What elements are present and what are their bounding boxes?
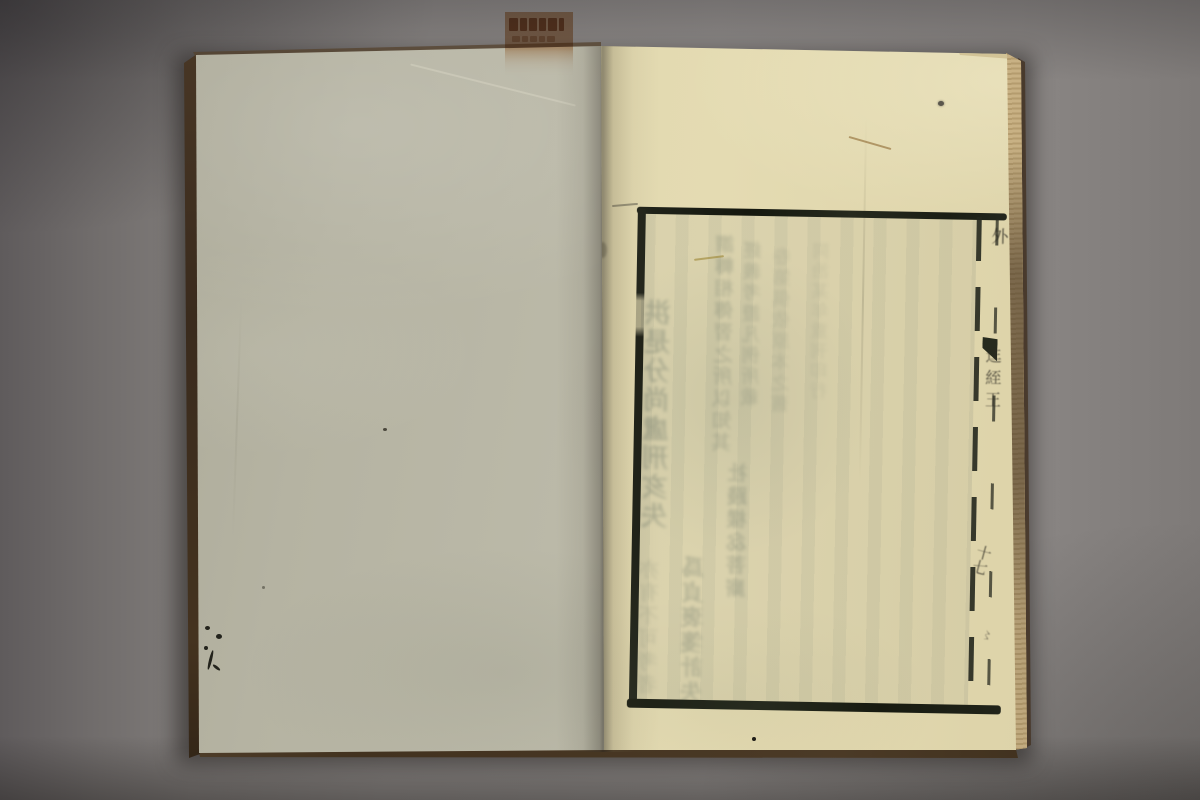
dirt-speck <box>383 428 387 431</box>
bleedthrough-column: 謂轉相傳習之所以知其 <box>708 234 739 454</box>
archival-stamp <box>505 12 573 76</box>
fore-edge-scribble: 〻 <box>977 627 996 643</box>
bleedthrough-column: 同治某年重刊印行 <box>807 242 835 402</box>
ink-dot <box>752 737 756 741</box>
fore-edge-glyphs-middle: 迬絰王 <box>980 347 1004 413</box>
bleedthrough-column: 經義考證凡例所載 <box>738 241 767 409</box>
bleedthrough-column: 社踐樣惢菩廝 <box>722 462 754 601</box>
stamp-glyph-row <box>512 36 555 42</box>
dirt-speck <box>262 586 265 589</box>
bleedthrough-column: 卷第俱依原本之舊 <box>768 247 797 415</box>
ink-blot <box>203 624 227 674</box>
paper-crease <box>232 300 242 540</box>
photo-stage: 洪是分尚盧刑亥失 謂轉相傳習之所以知其 經義考證凡例所載 卷第俱依原本之舊 同治… <box>0 0 1200 800</box>
gutter-shadow <box>556 46 660 752</box>
fore-edge-glyph-top: 外 <box>985 227 1010 244</box>
bleedthrough-column: 爲貞褒箋計失 <box>677 556 711 707</box>
dirt-speck <box>938 101 944 106</box>
stamp-glyph-row <box>509 18 564 31</box>
